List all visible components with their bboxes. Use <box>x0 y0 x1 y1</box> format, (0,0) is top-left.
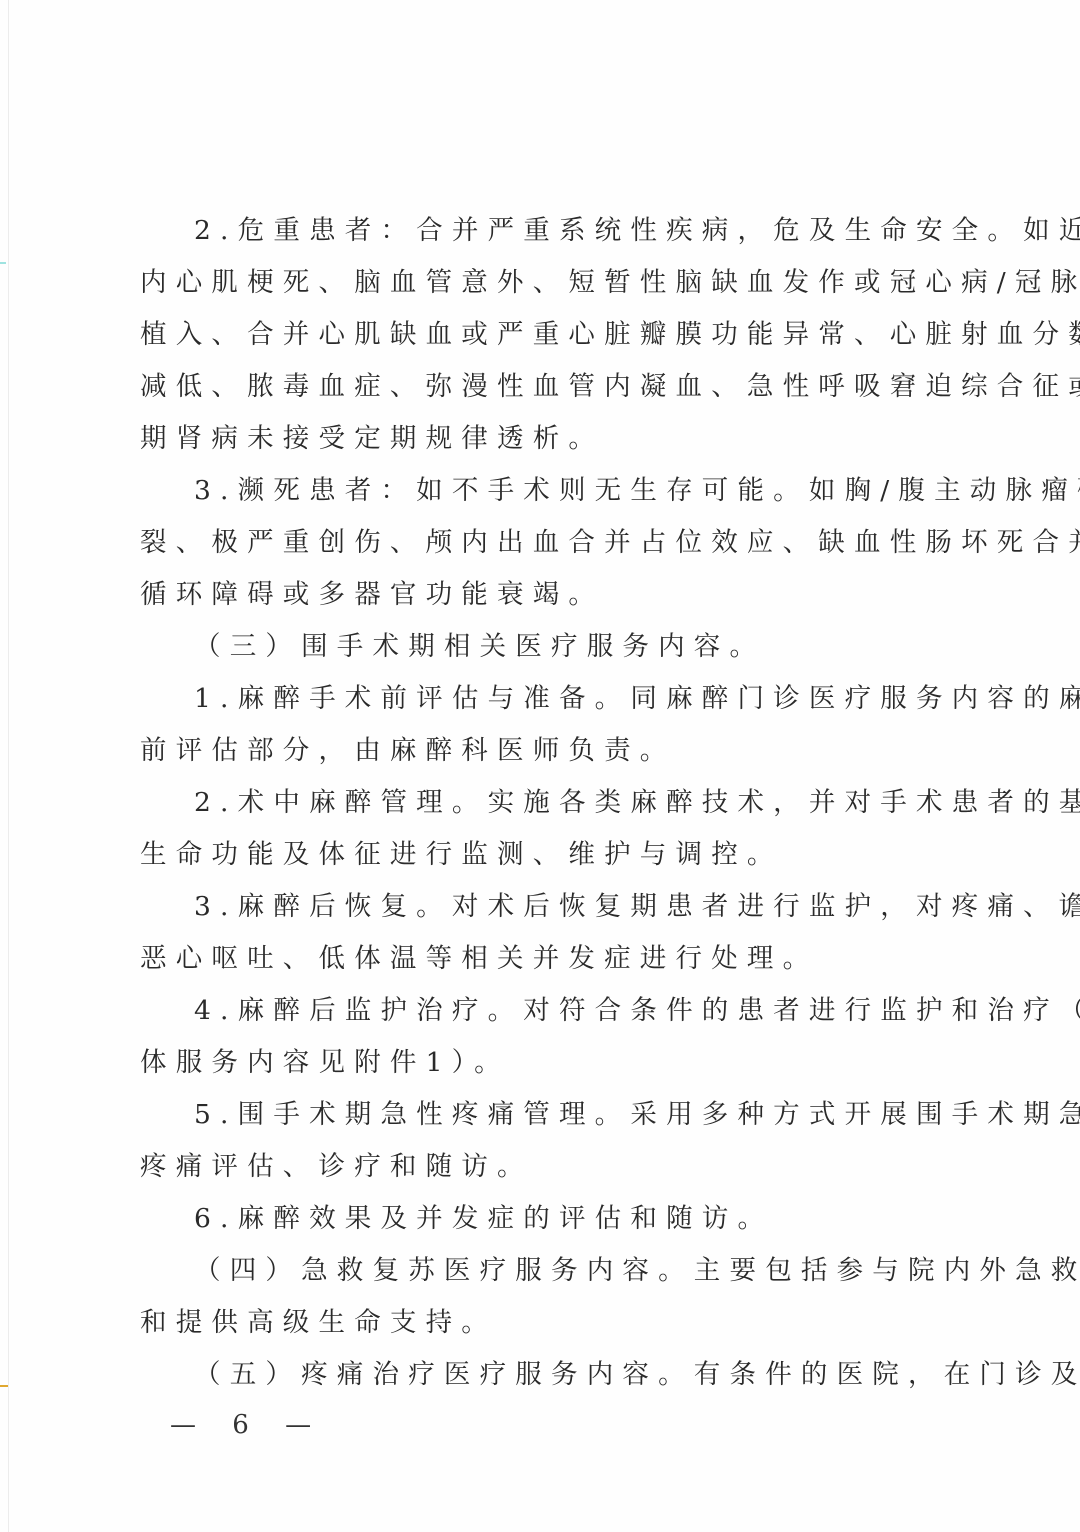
text-line: 生命功能及体征进行监测、维护与调控。 <box>140 829 946 881</box>
document-page: 2.危重患者：合并严重系统性疾病，危及生命安全。如近3月内心肌梗死、脑血管意外、… <box>0 0 1080 1532</box>
text-line: 前评估部分，由麻醉科医师负责。 <box>140 725 946 777</box>
paragraph: 2.危重患者：合并严重系统性疾病，危及生命安全。如近3月内心肌梗死、脑血管意外、… <box>140 205 946 465</box>
text-line: 植入、合并心肌缺血或严重心脏瓣膜功能异常、心脏射血分数重度 <box>140 309 946 361</box>
scan-edge-mark-orange <box>0 1385 8 1387</box>
scan-edge-mark-cyan <box>0 262 6 264</box>
text-line: 5.围手术期急性疼痛管理。采用多种方式开展围手术期急性 <box>140 1089 946 1141</box>
paragraph: 1.麻醉手术前评估与准备。同麻醉门诊医疗服务内容的麻醉前评估部分，由麻醉科医师负… <box>140 673 946 777</box>
text-line: 2.术中麻醉管理。实施各类麻醉技术，并对手术患者的基本 <box>140 777 946 829</box>
paragraph: （四）急救复苏医疗服务内容。主要包括参与院内外急救复苏和提供高级生命支持。 <box>140 1245 946 1349</box>
scan-edge-line <box>8 0 9 1532</box>
paragraph: 2.术中麻醉管理。实施各类麻醉技术，并对手术患者的基本生命功能及体征进行监测、维… <box>140 777 946 881</box>
paragraph: 4.麻醉后监护治疗。对符合条件的患者进行监护和治疗（具体服务内容见附件1）。 <box>140 985 946 1089</box>
text-line: 3.麻醉后恢复。对术后恢复期患者进行监护，对疼痛、谵妄、 <box>140 881 946 933</box>
text-line: 1.麻醉手术前评估与准备。同麻醉门诊医疗服务内容的麻醉 <box>140 673 946 725</box>
paragraph: （五）疼痛治疗医疗服务内容。有条件的医院，在门诊及专科 <box>140 1349 946 1401</box>
text-line: 恶心呕吐、低体温等相关并发症进行处理。 <box>140 933 946 985</box>
text-line: 期肾病未接受定期规律透析。 <box>140 413 946 465</box>
text-line: 内心肌梗死、脑血管意外、短暂性脑缺血发作或冠心病/冠脉支架 <box>140 257 946 309</box>
text-line: 2.危重患者：合并严重系统性疾病，危及生命安全。如近3月 <box>140 205 946 257</box>
text-line: 体服务内容见附件1）。 <box>140 1037 946 1089</box>
page-number: — 6 — <box>170 1410 325 1440</box>
text-line: （四）急救复苏医疗服务内容。主要包括参与院内外急救复苏 <box>140 1245 946 1297</box>
text-line: 疼痛评估、诊疗和随访。 <box>140 1141 946 1193</box>
paragraph: 5.围手术期急性疼痛管理。采用多种方式开展围手术期急性疼痛评估、诊疗和随访。 <box>140 1089 946 1193</box>
paragraph: 3.濒死患者：如不手术则无生存可能。如胸/腹主动脉瘤破裂、极严重创伤、颅内出血合… <box>140 465 946 621</box>
text-line: 3.濒死患者：如不手术则无生存可能。如胸/腹主动脉瘤破 <box>140 465 946 517</box>
text-line: 裂、极严重创伤、颅内出血合并占位效应、缺血性肠坏死合并严重 <box>140 517 946 569</box>
text-line: 4.麻醉后监护治疗。对符合条件的患者进行监护和治疗（具 <box>140 985 946 1037</box>
paragraph: 3.麻醉后恢复。对术后恢复期患者进行监护，对疼痛、谵妄、恶心呕吐、低体温等相关并… <box>140 881 946 985</box>
paragraph: （三）围手术期相关医疗服务内容。 <box>140 621 946 673</box>
paragraph: 6.麻醉效果及并发症的评估和随访。 <box>140 1193 946 1245</box>
text-line: 6.麻醉效果及并发症的评估和随访。 <box>140 1193 946 1245</box>
document-body: 2.危重患者：合并严重系统性疾病，危及生命安全。如近3月内心肌梗死、脑血管意外、… <box>140 205 946 1401</box>
text-line: 和提供高级生命支持。 <box>140 1297 946 1349</box>
text-line: 循环障碍或多器官功能衰竭。 <box>140 569 946 621</box>
text-line: 减低、脓毒血症、弥漫性血管内凝血、急性呼吸窘迫综合征或终末 <box>140 361 946 413</box>
text-line: （三）围手术期相关医疗服务内容。 <box>140 621 946 673</box>
text-line: （五）疼痛治疗医疗服务内容。有条件的医院，在门诊及专科 <box>140 1349 946 1401</box>
